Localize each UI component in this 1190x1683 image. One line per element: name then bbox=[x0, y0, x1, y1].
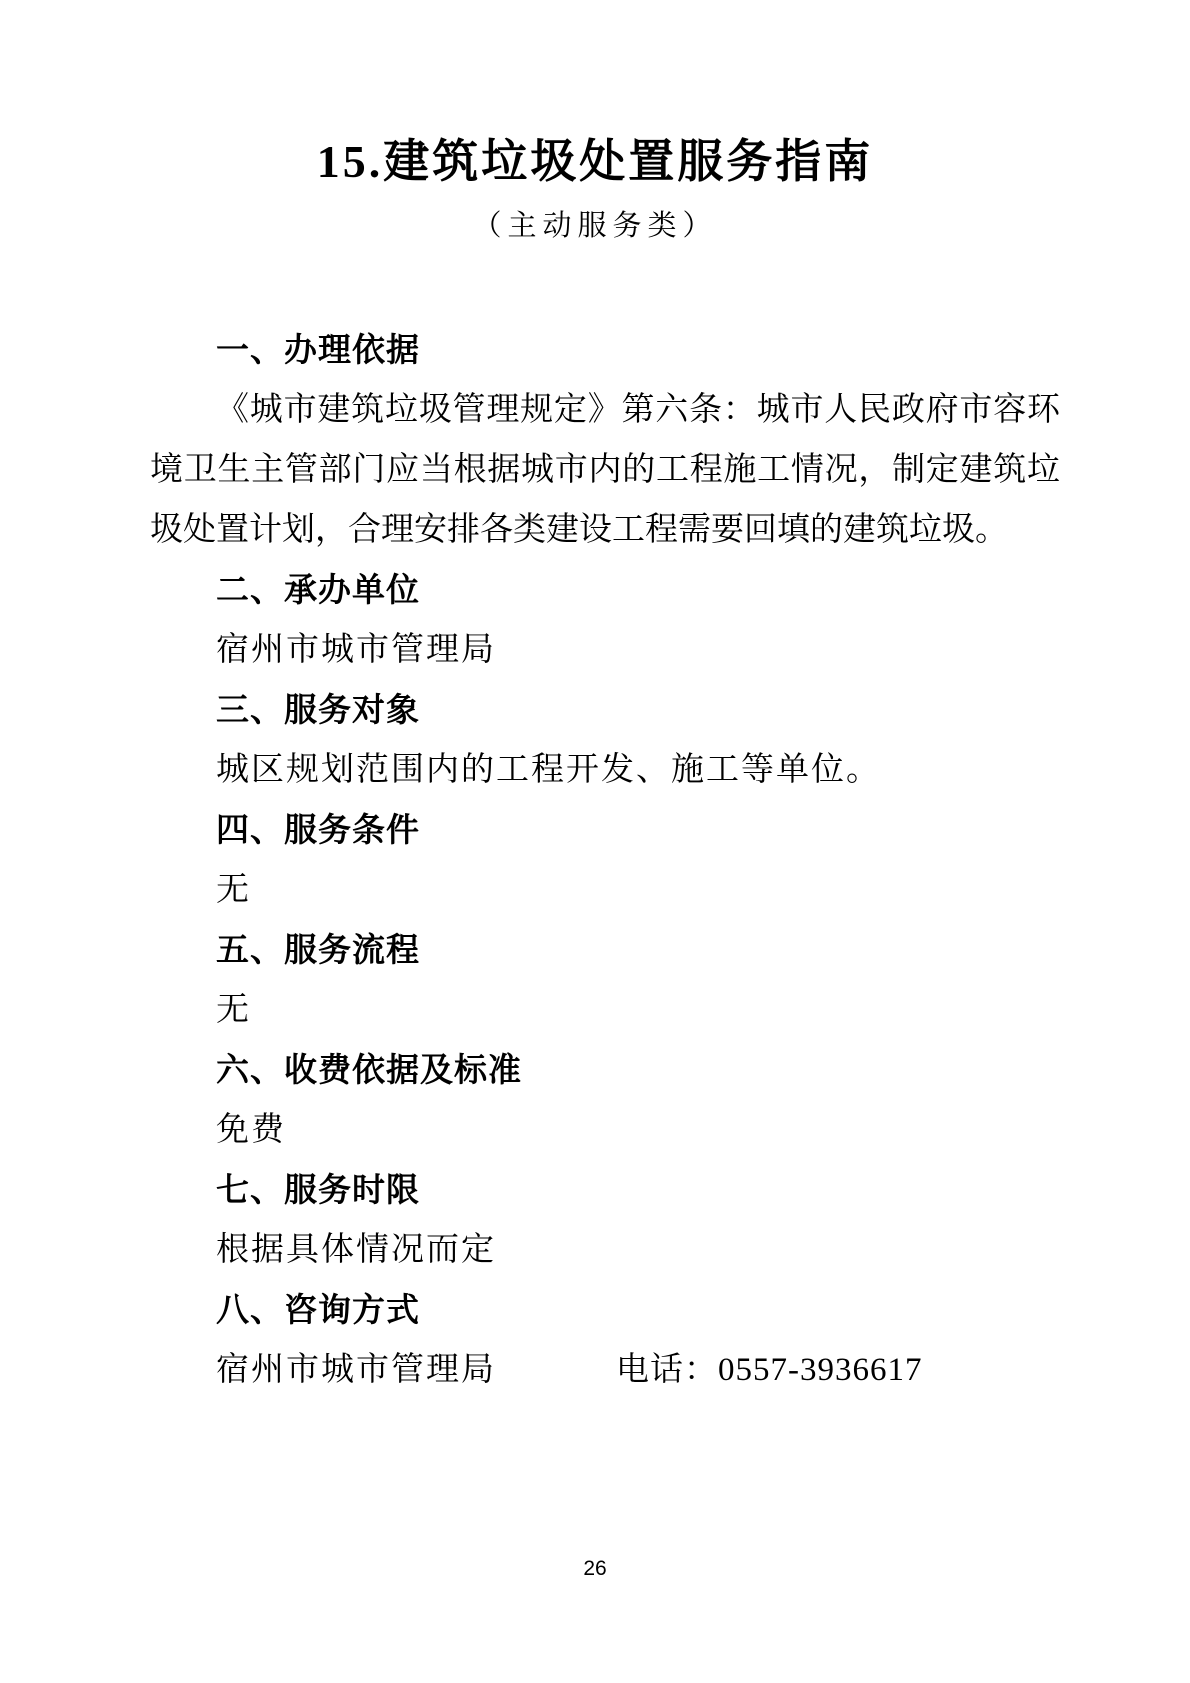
section-6: 六、收费依据及标准 免费 bbox=[150, 1040, 1060, 1160]
section-body: 城区规划范围内的工程开发、施工等单位。 bbox=[150, 740, 1060, 800]
contact-phone: 电话：0557-3936617 bbox=[616, 1352, 923, 1388]
page-subtitle: （主动服务类） bbox=[0, 196, 1190, 256]
section-4: 四、服务条件 无 bbox=[150, 800, 1060, 920]
document-body: 一、办理依据 《城市建筑垃圾管理规定》第六条：城市人民政府市容环境卫生主管部门应… bbox=[150, 320, 1060, 1400]
section-heading: 六、收费依据及标准 bbox=[216, 1040, 1060, 1100]
page-number: 26 bbox=[0, 1556, 1190, 1582]
section-body: 宿州市城市管理局 bbox=[150, 620, 1060, 680]
section-body: 无 bbox=[150, 980, 1060, 1040]
section-body: 免费 bbox=[150, 1100, 1060, 1160]
section-heading: 三、服务对象 bbox=[216, 680, 1060, 740]
page-title: 15.建筑垃圾处置服务指南 bbox=[0, 132, 1190, 192]
section-body: 《城市建筑垃圾管理规定》第六条：城市人民政府市容环境卫生主管部门应当根据城市内的… bbox=[150, 380, 1060, 560]
section-body: 宿州市城市管理局电话：0557-3936617 bbox=[150, 1340, 1060, 1400]
section-heading: 七、服务时限 bbox=[216, 1160, 1060, 1220]
section-7: 七、服务时限 根据具体情况而定 bbox=[150, 1160, 1060, 1280]
section-heading: 二、承办单位 bbox=[216, 560, 1060, 620]
section-heading: 四、服务条件 bbox=[216, 800, 1060, 860]
section-body: 根据具体情况而定 bbox=[150, 1220, 1060, 1280]
section-1: 一、办理依据 《城市建筑垃圾管理规定》第六条：城市人民政府市容环境卫生主管部门应… bbox=[150, 320, 1060, 560]
section-2: 二、承办单位 宿州市城市管理局 bbox=[150, 560, 1060, 680]
section-heading: 五、服务流程 bbox=[216, 920, 1060, 980]
section-8: 八、咨询方式 宿州市城市管理局电话：0557-3936617 bbox=[150, 1280, 1060, 1400]
section-heading: 一、办理依据 bbox=[216, 320, 1060, 380]
section-3: 三、服务对象 城区规划范围内的工程开发、施工等单位。 bbox=[150, 680, 1060, 800]
section-body: 无 bbox=[150, 860, 1060, 920]
section-5: 五、服务流程 无 bbox=[150, 920, 1060, 1040]
section-heading: 八、咨询方式 bbox=[216, 1280, 1060, 1340]
contact-unit: 宿州市城市管理局 bbox=[216, 1352, 496, 1388]
document-page: 15.建筑垃圾处置服务指南 （主动服务类） 一、办理依据 《城市建筑垃圾管理规定… bbox=[0, 0, 1190, 1683]
